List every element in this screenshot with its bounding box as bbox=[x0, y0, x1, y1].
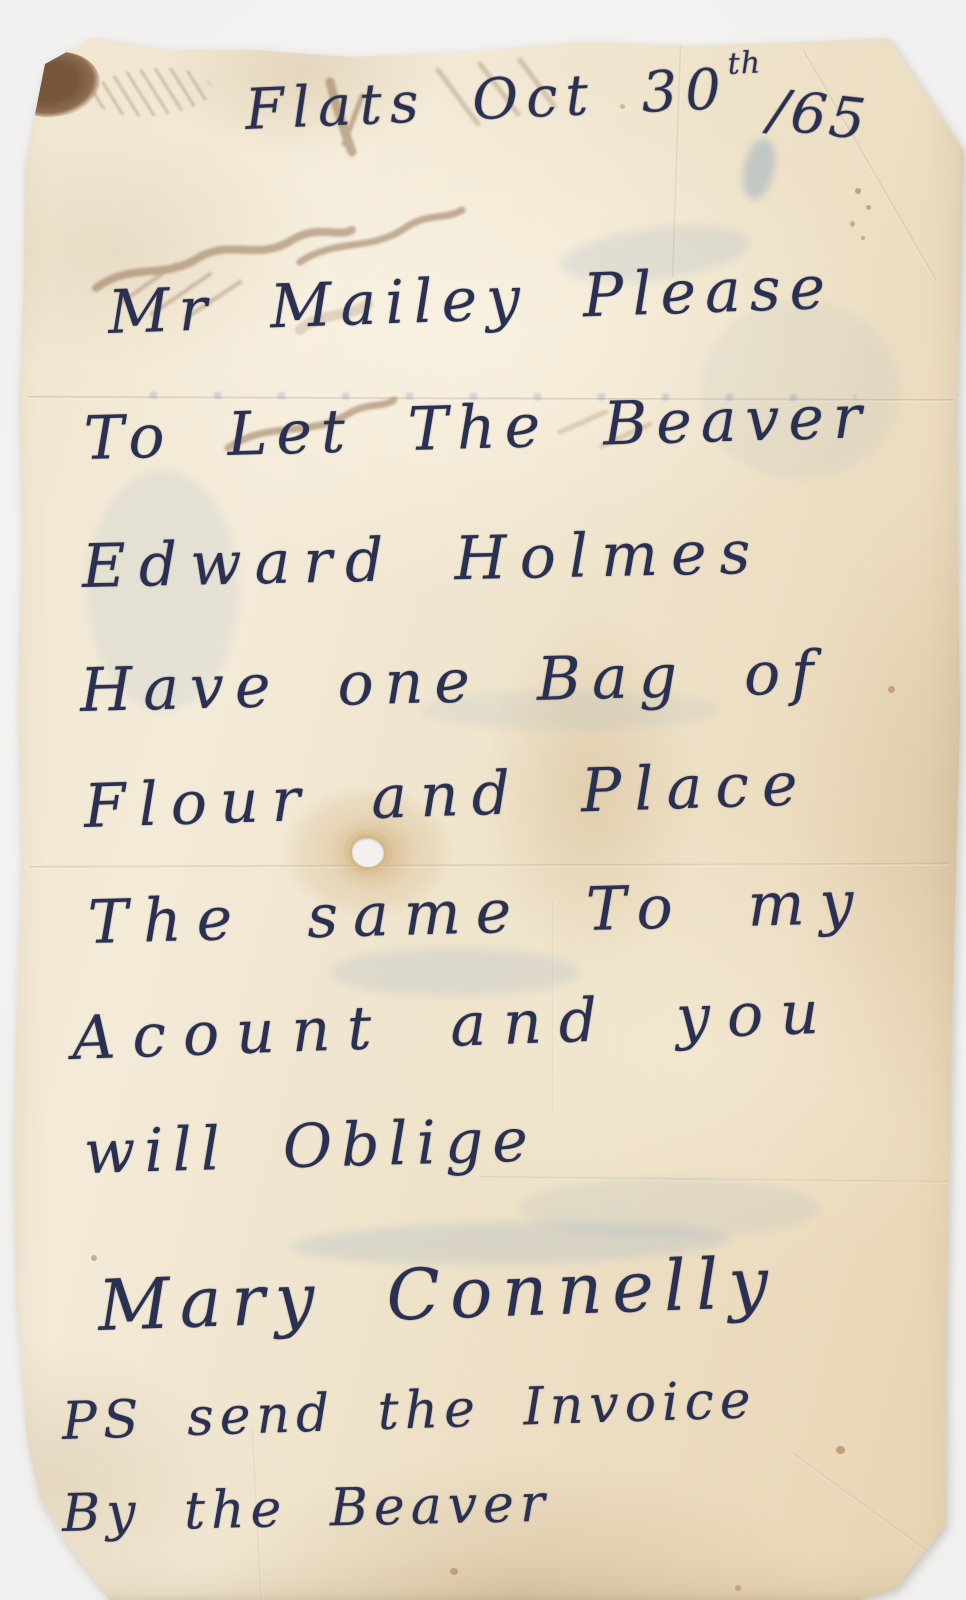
letter-paper-wrap: Flats Oct 30th/65 Mr Mailey Please To Le… bbox=[0, 0, 966, 1600]
foxing-spot bbox=[91, 1255, 97, 1261]
punch-hole bbox=[352, 838, 384, 867]
foxing-spot bbox=[850, 221, 855, 227]
signature-line: Mary Connelly bbox=[97, 1241, 780, 1347]
letter-paper: Flats Oct 30th/65 Mr Mailey Please To Le… bbox=[0, 0, 966, 1600]
postscript-line: PS send the Invoice bbox=[61, 1370, 757, 1452]
foxing-spot bbox=[836, 1446, 845, 1454]
letter-line: Edward Holmes bbox=[81, 518, 764, 602]
burn-stain bbox=[12, 46, 104, 121]
postscript-line: By the Beaver bbox=[61, 1474, 551, 1544]
fold-crease bbox=[791, 1452, 966, 1581]
letter-line: will Oblige bbox=[83, 1105, 538, 1188]
letter-line: The same To my bbox=[87, 868, 869, 958]
foxing-spot bbox=[855, 188, 861, 194]
letter-line: Flour and Place bbox=[83, 749, 812, 842]
foxing-spot bbox=[866, 205, 871, 210]
ink-smudge bbox=[520, 1178, 820, 1238]
dateline-place-date: Flats Oct 30 bbox=[244, 57, 730, 143]
ink-smudge bbox=[738, 136, 780, 203]
scanned-letter-page: { "document": { "dateline": { "place_and… bbox=[0, 0, 966, 1600]
foxing-spot bbox=[450, 1568, 458, 1575]
foxing-spot bbox=[861, 236, 865, 240]
foxing-spot bbox=[888, 686, 895, 693]
dateline-ordinal-suffix: th bbox=[727, 45, 762, 81]
letter-line: Acount and you bbox=[71, 977, 837, 1074]
foxing-spot bbox=[735, 1585, 741, 1591]
dateline-year: /65 bbox=[766, 78, 872, 154]
dateline: Flats Oct 30th/65 bbox=[243, 41, 862, 143]
stain-streaks bbox=[90, 64, 213, 120]
